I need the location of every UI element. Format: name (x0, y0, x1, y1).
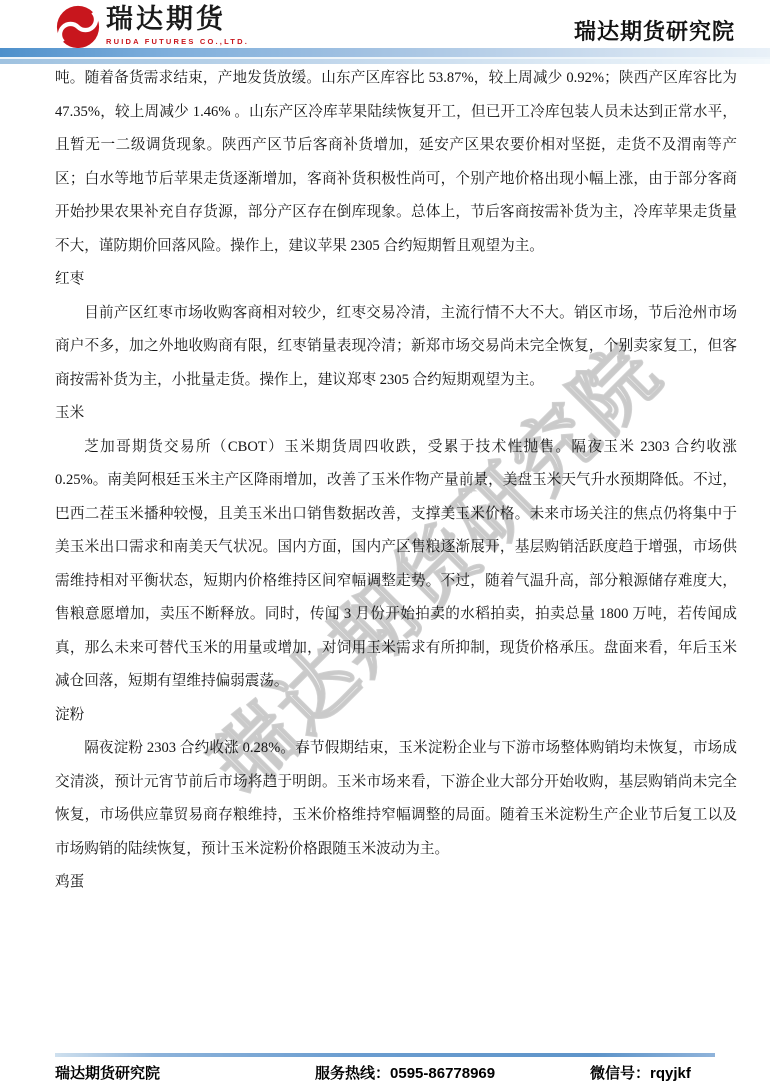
logo-brand-name: 瑞达期货 (106, 4, 249, 34)
company-logo: 瑞达期货 RUIDA FUTURES CO.,LTD. (55, 4, 249, 50)
paragraph-red-dates: 目前产区红枣市场收购客商相对较少，红枣交易冷清，主流行情不大不大。销区市场，节后… (55, 297, 737, 398)
footer-hotline: 服务热线：0595-86778969 (315, 1062, 495, 1083)
section-heading-red-dates: 红枣 (55, 263, 737, 297)
footer-wechat-label: 微信号： (590, 1065, 650, 1082)
paragraph-apple-continuation: 吨。随着备货需求结束，产地发货放缓。山东产区库容比 53.87%，较上周减少 0… (55, 62, 737, 263)
footer-divider-line (55, 1053, 715, 1057)
paragraph-starch: 隔夜淀粉 2303 合约收涨 0.28%。春节假期结束，玉米淀粉企业与下游市场整… (55, 732, 737, 866)
logo-text-block: 瑞达期货 RUIDA FUTURES CO.,LTD. (106, 4, 249, 46)
report-body: 吨。随着备货需求结束，产地发货放缓。山东产区库容比 53.87%，较上周减少 0… (55, 62, 737, 900)
report-page: 瑞达期货 RUIDA FUTURES CO.,LTD. 瑞达期货研究院 瑞达期货… (0, 0, 770, 1090)
footer-org-name: 瑞达期货研究院 (55, 1062, 160, 1083)
footer: 瑞达期货研究院 服务热线：0595-86778969 微信号：rqyjkf (55, 1062, 715, 1086)
ruida-logo-icon (55, 4, 101, 50)
page-title: 瑞达期货研究院 (574, 15, 735, 46)
paragraph-corn: 芝加哥期货交易所（CBOT）玉米期货周四收跌，受累于技术性抛售。隔夜玉米 230… (55, 431, 737, 699)
footer-hotline-label: 服务热线： (315, 1065, 390, 1082)
logo-company-subtitle: RUIDA FUTURES CO.,LTD. (106, 37, 249, 46)
section-heading-starch: 淀粉 (55, 699, 737, 733)
section-heading-corn: 玉米 (55, 397, 737, 431)
divider-stripe-top (0, 48, 770, 57)
footer-wechat-id: rqyjkf (650, 1065, 691, 1082)
section-heading-eggs: 鸡蛋 (55, 866, 737, 900)
footer-wechat: 微信号：rqyjkf (590, 1062, 691, 1083)
footer-hotline-number: 0595-86778969 (390, 1065, 495, 1082)
